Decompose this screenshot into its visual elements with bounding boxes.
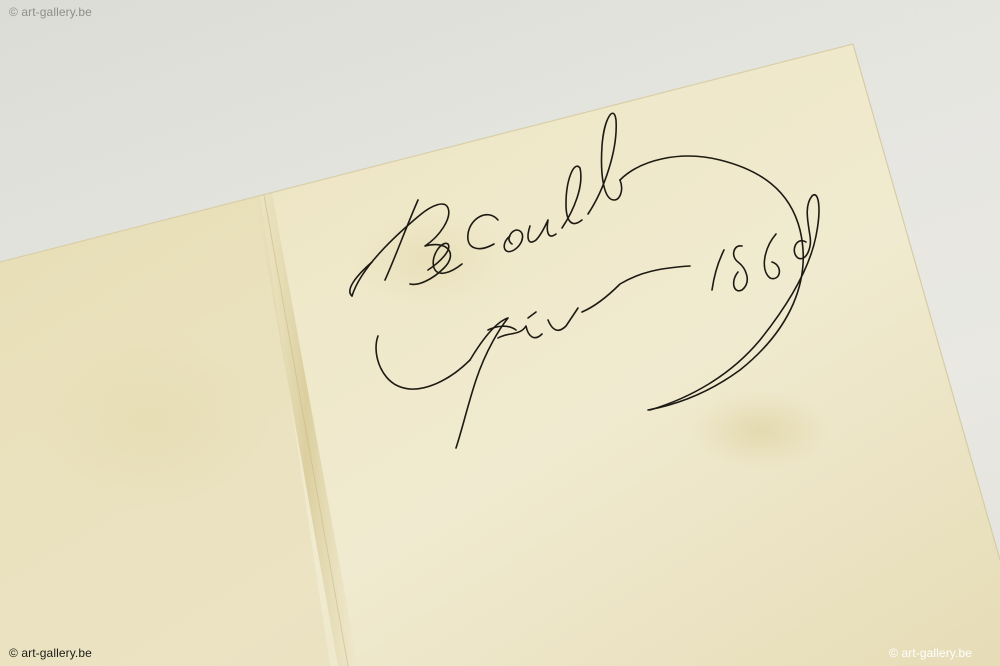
watermark-top-right: © art-gallery.be: [905, 5, 988, 19]
watermark-bottom-right: © art-gallery.be: [889, 646, 972, 660]
watermark-bottom-left: © art-gallery.be: [9, 646, 92, 660]
letter-paper: [0, 0, 1000, 666]
photo-scene: © art-gallery.be © art-gallery.be © art-…: [0, 0, 1000, 666]
watermark-top-left: © art-gallery.be: [9, 5, 92, 19]
